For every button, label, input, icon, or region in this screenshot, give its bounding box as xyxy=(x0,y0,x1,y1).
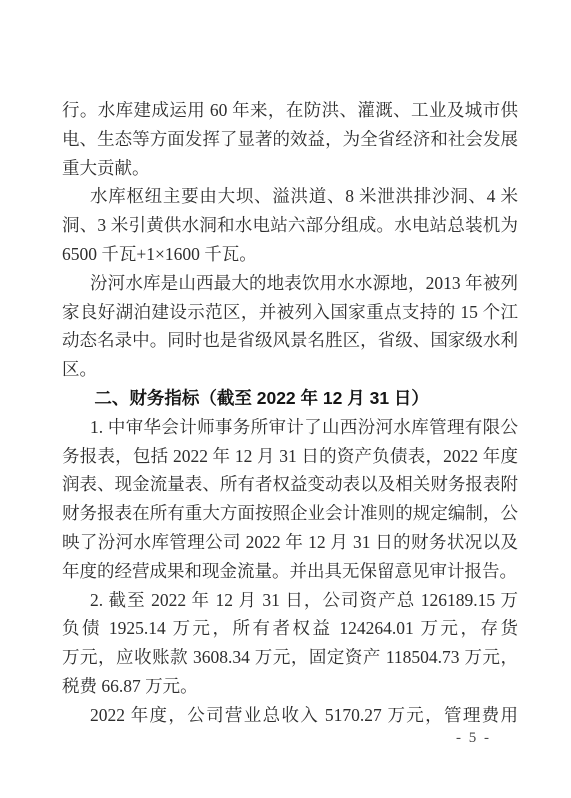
text-line: 负债 1925.14 万元，所有者权益 124264.01 万元，存货 224.… xyxy=(62,614,518,643)
text-line: 财务报表在所有重大方面按照企业会计准则的规定编制，公允反 xyxy=(62,499,518,528)
text-line: 映了汾河水库管理公司 2022 年 12 月 31 日的财务状况以及 2022 xyxy=(62,528,518,557)
document-page: 行。水库建成运用 60 年来，在防洪、灌溉、工业及城市供水、发电、生态等方面发挥… xyxy=(0,0,571,798)
text-line: 润表、现金流量表、所有者权益变动表以及相关财务报表附注。 xyxy=(62,470,518,499)
text-line: 洞、3 米引黄供水洞和水电站六部分组成。水电站总装机为 2× xyxy=(62,211,518,240)
section-heading: 二、财务指标（截至 2022 年 12 月 31 日） xyxy=(62,384,518,413)
text-line: 6500 千瓦+1×1600 千瓦。 xyxy=(62,240,518,269)
text-line: 重大贡献。 xyxy=(62,154,518,183)
text-line: 税费 66.87 万元。 xyxy=(62,672,518,701)
text-line: 务报表，包括 2022 年 12 月 31 日的资产负债表，2022 年度的利 xyxy=(62,442,518,471)
text-line: 年度的经营成果和现金流量。并出具无保留意见审计报告。 xyxy=(62,557,518,586)
text-line: 家良好湖泊建设示范区，并被列入国家重点支持的 15 个江河湖泊 xyxy=(62,298,518,327)
text-line: 电、生态等方面发挥了显著的效益，为全省经济和社会发展做出了 xyxy=(62,125,518,154)
text-line: 汾河水库是山西最大的地表饮用水水源地，2013 年被列为国 xyxy=(62,269,518,298)
text-line: 行。水库建成运用 60 年来，在防洪、灌溉、工业及城市供水、发 xyxy=(62,96,518,125)
text-line: 1. 中审华会计师事务所审计了山西汾河水库管理有限公司财 xyxy=(62,413,518,442)
page-number: - 5 - xyxy=(456,727,491,749)
text-line: 2. 截至 2022 年 12 月 31 日，公司资产总 126189.15 万… xyxy=(62,586,518,615)
text-line: 水库枢纽主要由大坝、溢洪道、8 米泄洪排沙洞、4 米输水 xyxy=(62,182,518,211)
document-body: 行。水库建成运用 60 年来，在防洪、灌溉、工业及城市供水、发电、生态等方面发挥… xyxy=(62,96,518,730)
text-line: 2022 年度，公司营业总收入 5170.27 万元，管理费用 953.42 xyxy=(62,701,518,730)
text-line: 动态名录中。同时也是省级风景名胜区，省级、国家级水利风景 xyxy=(62,326,518,355)
text-line: 万元，应收账款 3608.34 万元，固定资产 118504.73 万元，应交 xyxy=(62,643,518,672)
text-line: 区。 xyxy=(62,355,518,384)
